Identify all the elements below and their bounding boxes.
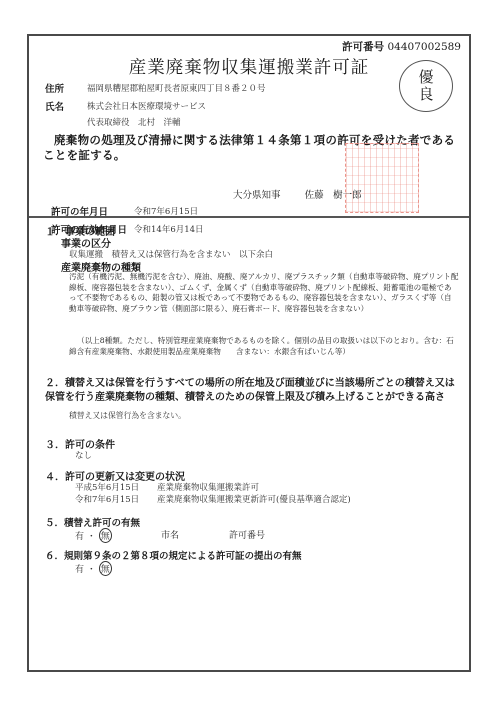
- issuer: 大分県知事 佐藤 樹一郎: [233, 187, 362, 201]
- city-name-label: 市名: [161, 528, 179, 541]
- option-no-selected: 無: [99, 561, 112, 576]
- section-2-heading: ２．積替え又は保管を行うすべての場所の所在地及び面積並びに当該場所ごとの積替え又…: [45, 377, 463, 405]
- address-value: 福岡県糟屋郡粕屋町長者原東四丁目８番２０号: [87, 82, 266, 94]
- history-desc-2: 産業廃棄物収集運搬業更新許可(優良基準適合認定): [157, 493, 351, 505]
- address-label: 住所: [45, 81, 64, 95]
- badge-char-2: 良: [418, 86, 433, 103]
- permit-number-value: 04407002589: [388, 41, 462, 53]
- excellent-badge: 優 良: [399, 60, 453, 112]
- section-5-choice: 有 ・ 無: [75, 528, 112, 543]
- issuer-name: 佐藤 樹一郎: [305, 190, 362, 201]
- history-date-1: 平成5年6月15日: [75, 481, 139, 493]
- history-date-2: 令和7年6月15日: [75, 493, 139, 505]
- section-3-value: なし: [75, 449, 92, 461]
- waste-types-list: 汚泥（有機汚泥、無機汚泥を含む）、廃油、廃酸、廃アルカリ、廃プラスチック類（自動…: [69, 272, 459, 314]
- section-5-heading: ５．積替え許可の有無: [45, 515, 140, 529]
- issuer-title: 大分県知事: [233, 190, 281, 201]
- official-seal-stamp: [345, 143, 419, 213]
- permit-number: 許可番号 04407002589: [342, 39, 461, 54]
- waste-types-note: （以上8種類。ただし、特別管理産業廃棄物であるものを除く。個別の品目の取扱いは以…: [69, 336, 461, 357]
- permit-number-label: 許可番号: [342, 41, 384, 53]
- section-divider: [29, 216, 469, 218]
- section-2-value: 積替え又は保管行為を含まない。: [69, 410, 186, 421]
- name-label: 氏名: [45, 99, 64, 113]
- history-desc-1: 産業廃棄物収集運搬業許可: [157, 481, 259, 493]
- representative: 代表取締役 北村 洋輔: [87, 116, 181, 128]
- option-separator: ・: [87, 532, 96, 542]
- option-separator: ・: [87, 565, 96, 575]
- section-6-heading: ６．規則第９条の２第８項の規定による許可証の提出の有無: [45, 548, 302, 562]
- option-yes: 有: [75, 565, 84, 575]
- valid-until-value: 令和14年6月14日: [134, 223, 204, 235]
- option-no-selected: 無: [99, 528, 112, 543]
- option-yes: 有: [75, 532, 84, 542]
- company-name: 株式会社日本医療環境サービス: [87, 100, 206, 112]
- certificate-frame: 許可番号 04407002589 産業廃棄物収集運搬業許可証 優 良 住所 福岡…: [27, 34, 471, 672]
- badge-char-1: 優: [418, 69, 433, 86]
- transfer-permit-number-label: 許可番号: [229, 528, 265, 541]
- section-6-choice: 有 ・ 無: [75, 561, 112, 576]
